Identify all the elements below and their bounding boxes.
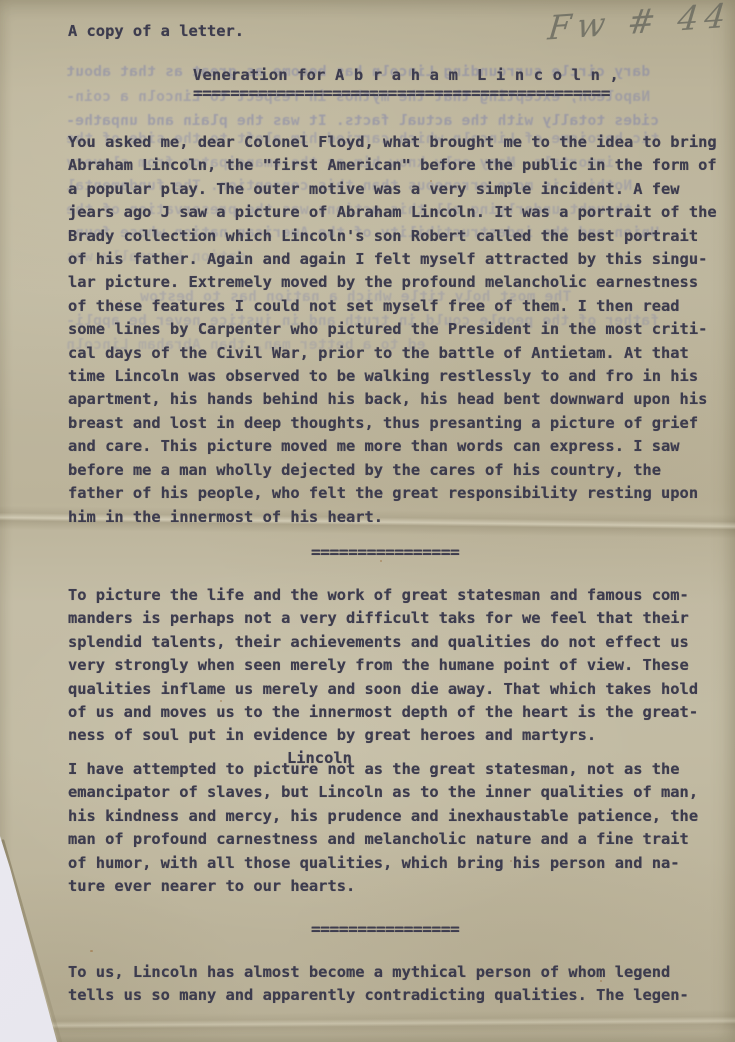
typed-line: Brady collection which Lincoln's son Rob… xyxy=(68,225,717,248)
typed-line: Abraham Lincoln, the "first American" be… xyxy=(68,154,717,177)
title-underline: ========================================… xyxy=(193,82,610,105)
typed-line: a popular play. The outer motive was a v… xyxy=(68,178,717,201)
typed-line: some lines by Carpenter who pictured the… xyxy=(68,318,717,341)
typed-line: very strongly when seen merely from the … xyxy=(68,654,698,677)
paper-speck xyxy=(90,950,93,952)
section-separator-2: ================ xyxy=(311,918,459,941)
typed-line: time Lincoln was observed to be walking … xyxy=(68,365,717,388)
typed-line: You asked me, dear Colonel Floyd, what b… xyxy=(68,131,717,154)
typed-line: splendid talents, their achievements and… xyxy=(68,631,698,654)
typed-line: cal days of the Civil War, prior to the … xyxy=(68,342,717,365)
ghost-text-line: cides totally with the actual facts. It … xyxy=(66,112,659,129)
typed-line: I have attempted to picture not as the g… xyxy=(68,758,698,781)
section-separator-1: ================ xyxy=(311,541,459,564)
typed-line: of his father. Again and again I felt my… xyxy=(68,248,717,271)
typed-line: of these features I could not set myself… xyxy=(68,295,717,318)
typed-line: before me a man wholly dejected by the c… xyxy=(68,459,717,482)
typed-line: To picture the life and the work of grea… xyxy=(68,584,698,607)
typed-line: ture ever nearer to our hearts. xyxy=(68,875,698,898)
typed-line: him in the innermost of his heart. xyxy=(68,506,717,529)
typed-line: his kindness and mercy, his prudence and… xyxy=(68,805,698,828)
typed-line: tells us so many and apparently contradi… xyxy=(68,984,689,1007)
paragraph-2: To picture the life and the work of grea… xyxy=(68,584,698,748)
fold-crease-lower xyxy=(0,1009,735,1036)
typed-line: father of his people, who felt the great… xyxy=(68,482,717,505)
typed-line: manders is perhaps not a very difficult … xyxy=(68,607,698,630)
letter-paper: dary circle surrounding Lincoln has beco… xyxy=(0,0,735,1042)
typed-line: and care. This picture moved me more tha… xyxy=(68,435,717,458)
paragraph-3: I have attempted to picture not as the g… xyxy=(68,758,698,898)
typed-line: jears ago J saw a picture of Abraham Lin… xyxy=(68,201,717,224)
paragraph-4: To us, Lincoln has almost become a mythi… xyxy=(68,961,689,1008)
typed-line: To us, Lincoln has almost become a mythi… xyxy=(68,961,689,984)
typed-line: qualities inflame us merely and soon die… xyxy=(68,678,698,701)
typed-line: apartment, his hands behind his back, hi… xyxy=(68,388,717,411)
typed-line: emancipator of slaves, but Lincoln as to… xyxy=(68,781,698,804)
typed-line: breast and lost in deep thoughts, thus p… xyxy=(68,412,717,435)
typed-line: of us and moves us to the innermost dept… xyxy=(68,701,698,724)
handwritten-mark: Fw # 44 xyxy=(546,0,733,48)
typed-line: of humor, with all those qualities, whic… xyxy=(68,852,698,875)
paragraph-1: You asked me, dear Colonel Floyd, what b… xyxy=(68,131,717,529)
typed-line: man of profound carnestness and melancho… xyxy=(68,828,698,851)
copy-note: A copy of a letter. xyxy=(68,20,244,43)
typed-line: ness of soul put in evidence by great he… xyxy=(68,724,698,747)
typed-line: lar picture. Extremely moved by the prof… xyxy=(68,271,717,294)
